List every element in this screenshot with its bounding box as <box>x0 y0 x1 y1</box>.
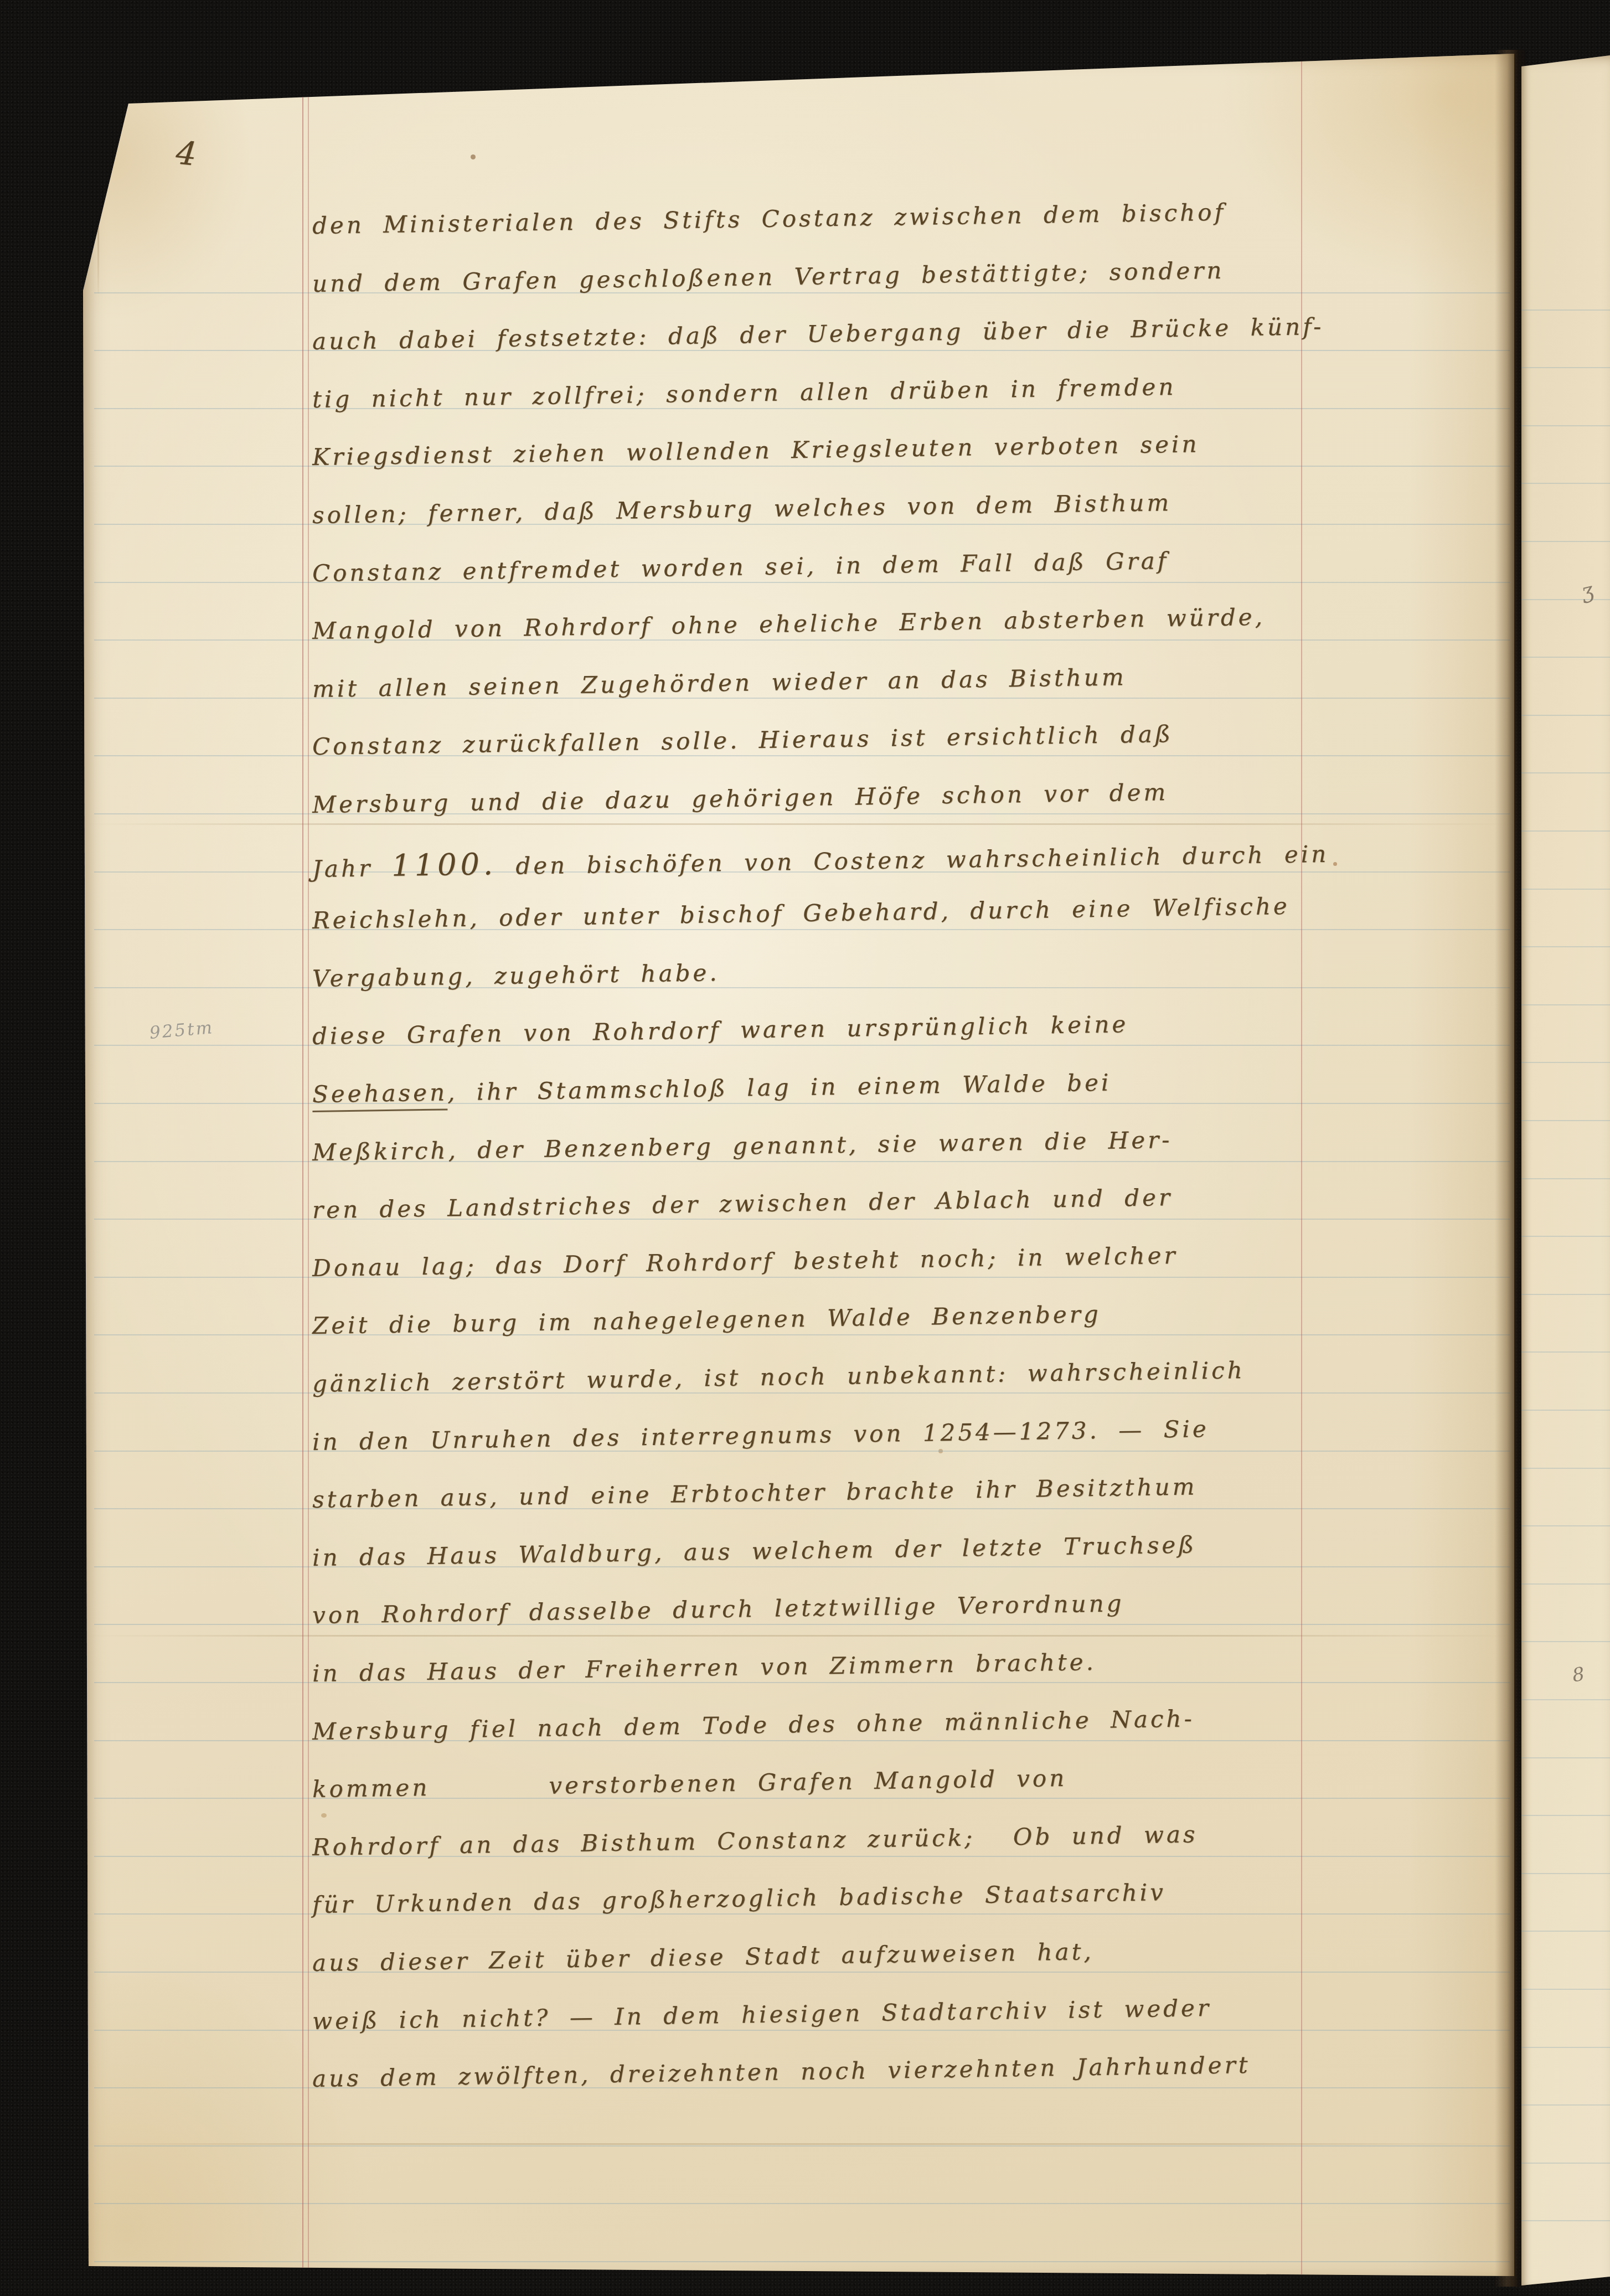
line-segment: 1100. <box>391 847 497 883</box>
manuscript-line: den Ministerialen des Stifts Costanz zwi… <box>312 199 1226 240</box>
right-margin-line <box>1301 53 1302 2284</box>
scan-background: 4 925tm den Ministerialen des Stifts Cos… <box>0 0 1610 2296</box>
line-segment: kommen <box>312 1774 430 1803</box>
line-segment: Jahr <box>312 854 392 882</box>
left-margin-line-inner <box>308 53 309 2284</box>
foxing-spot <box>471 154 476 159</box>
left-margin-line <box>302 53 303 2284</box>
page-number: 4 <box>174 133 199 173</box>
ruled-lines-adjacent <box>1521 252 1610 2246</box>
adjacent-page-edge: ʒ 8 <box>1521 55 1610 2285</box>
underlined-word: Seehasen <box>312 1079 448 1112</box>
manuscript-page: 4 925tm den Ministerialen des Stifts Cos… <box>83 53 1514 2284</box>
line-segment <box>430 1773 549 1801</box>
